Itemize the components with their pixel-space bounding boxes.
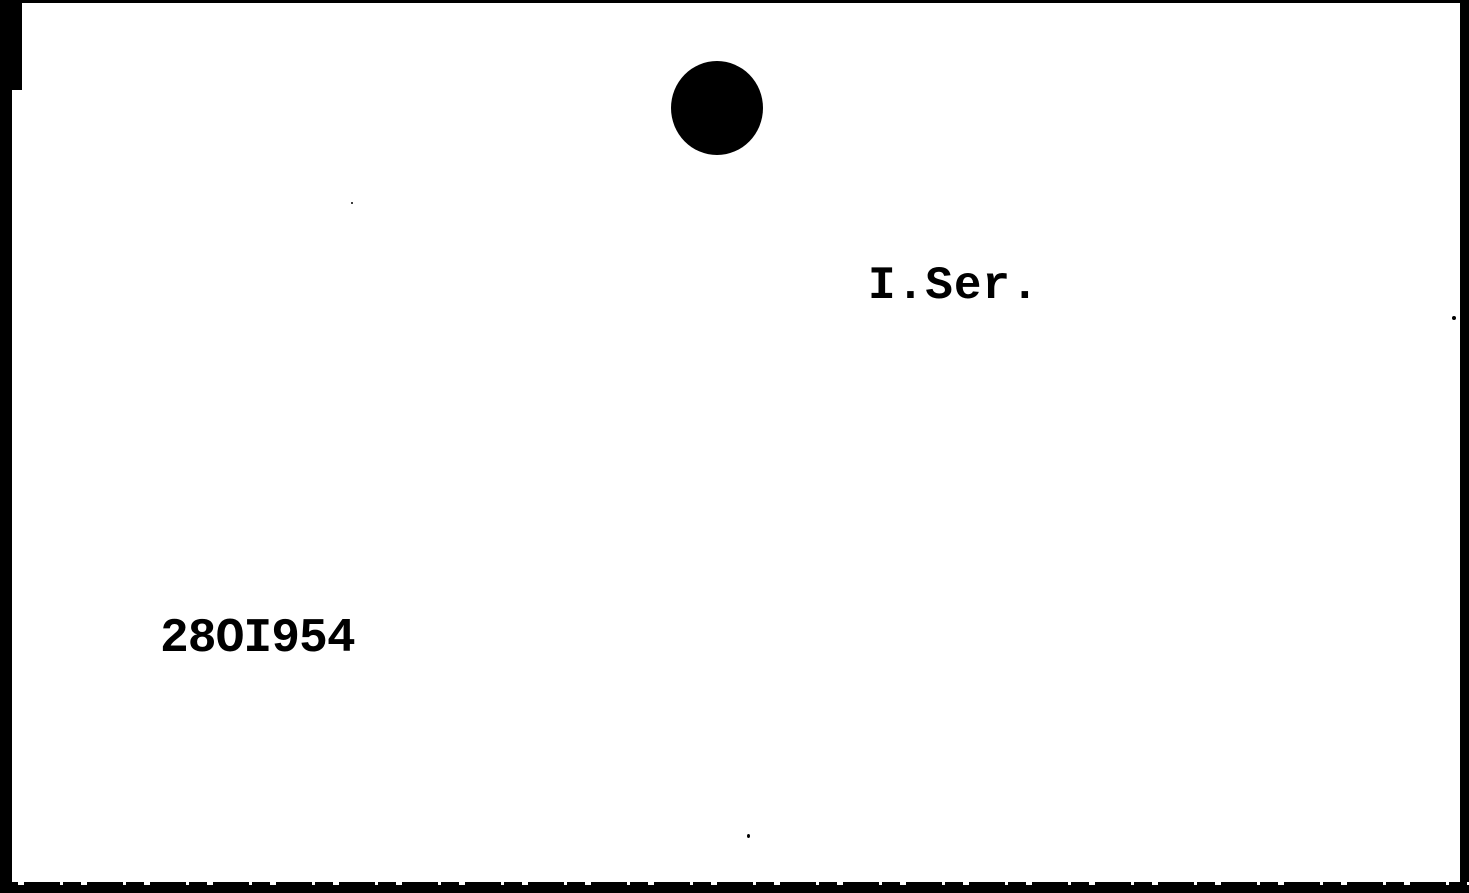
scan-speck (1452, 316, 1456, 320)
scanned-card: I.Ser. 28OI954 (0, 0, 1469, 893)
series-label: I.Ser. (868, 260, 1040, 312)
card-number: 28OI954 (160, 612, 355, 666)
punch-hole-icon (671, 61, 763, 155)
scan-speck (747, 834, 750, 838)
scan-bottom-edge (0, 882, 1469, 885)
scan-speck (351, 202, 353, 204)
